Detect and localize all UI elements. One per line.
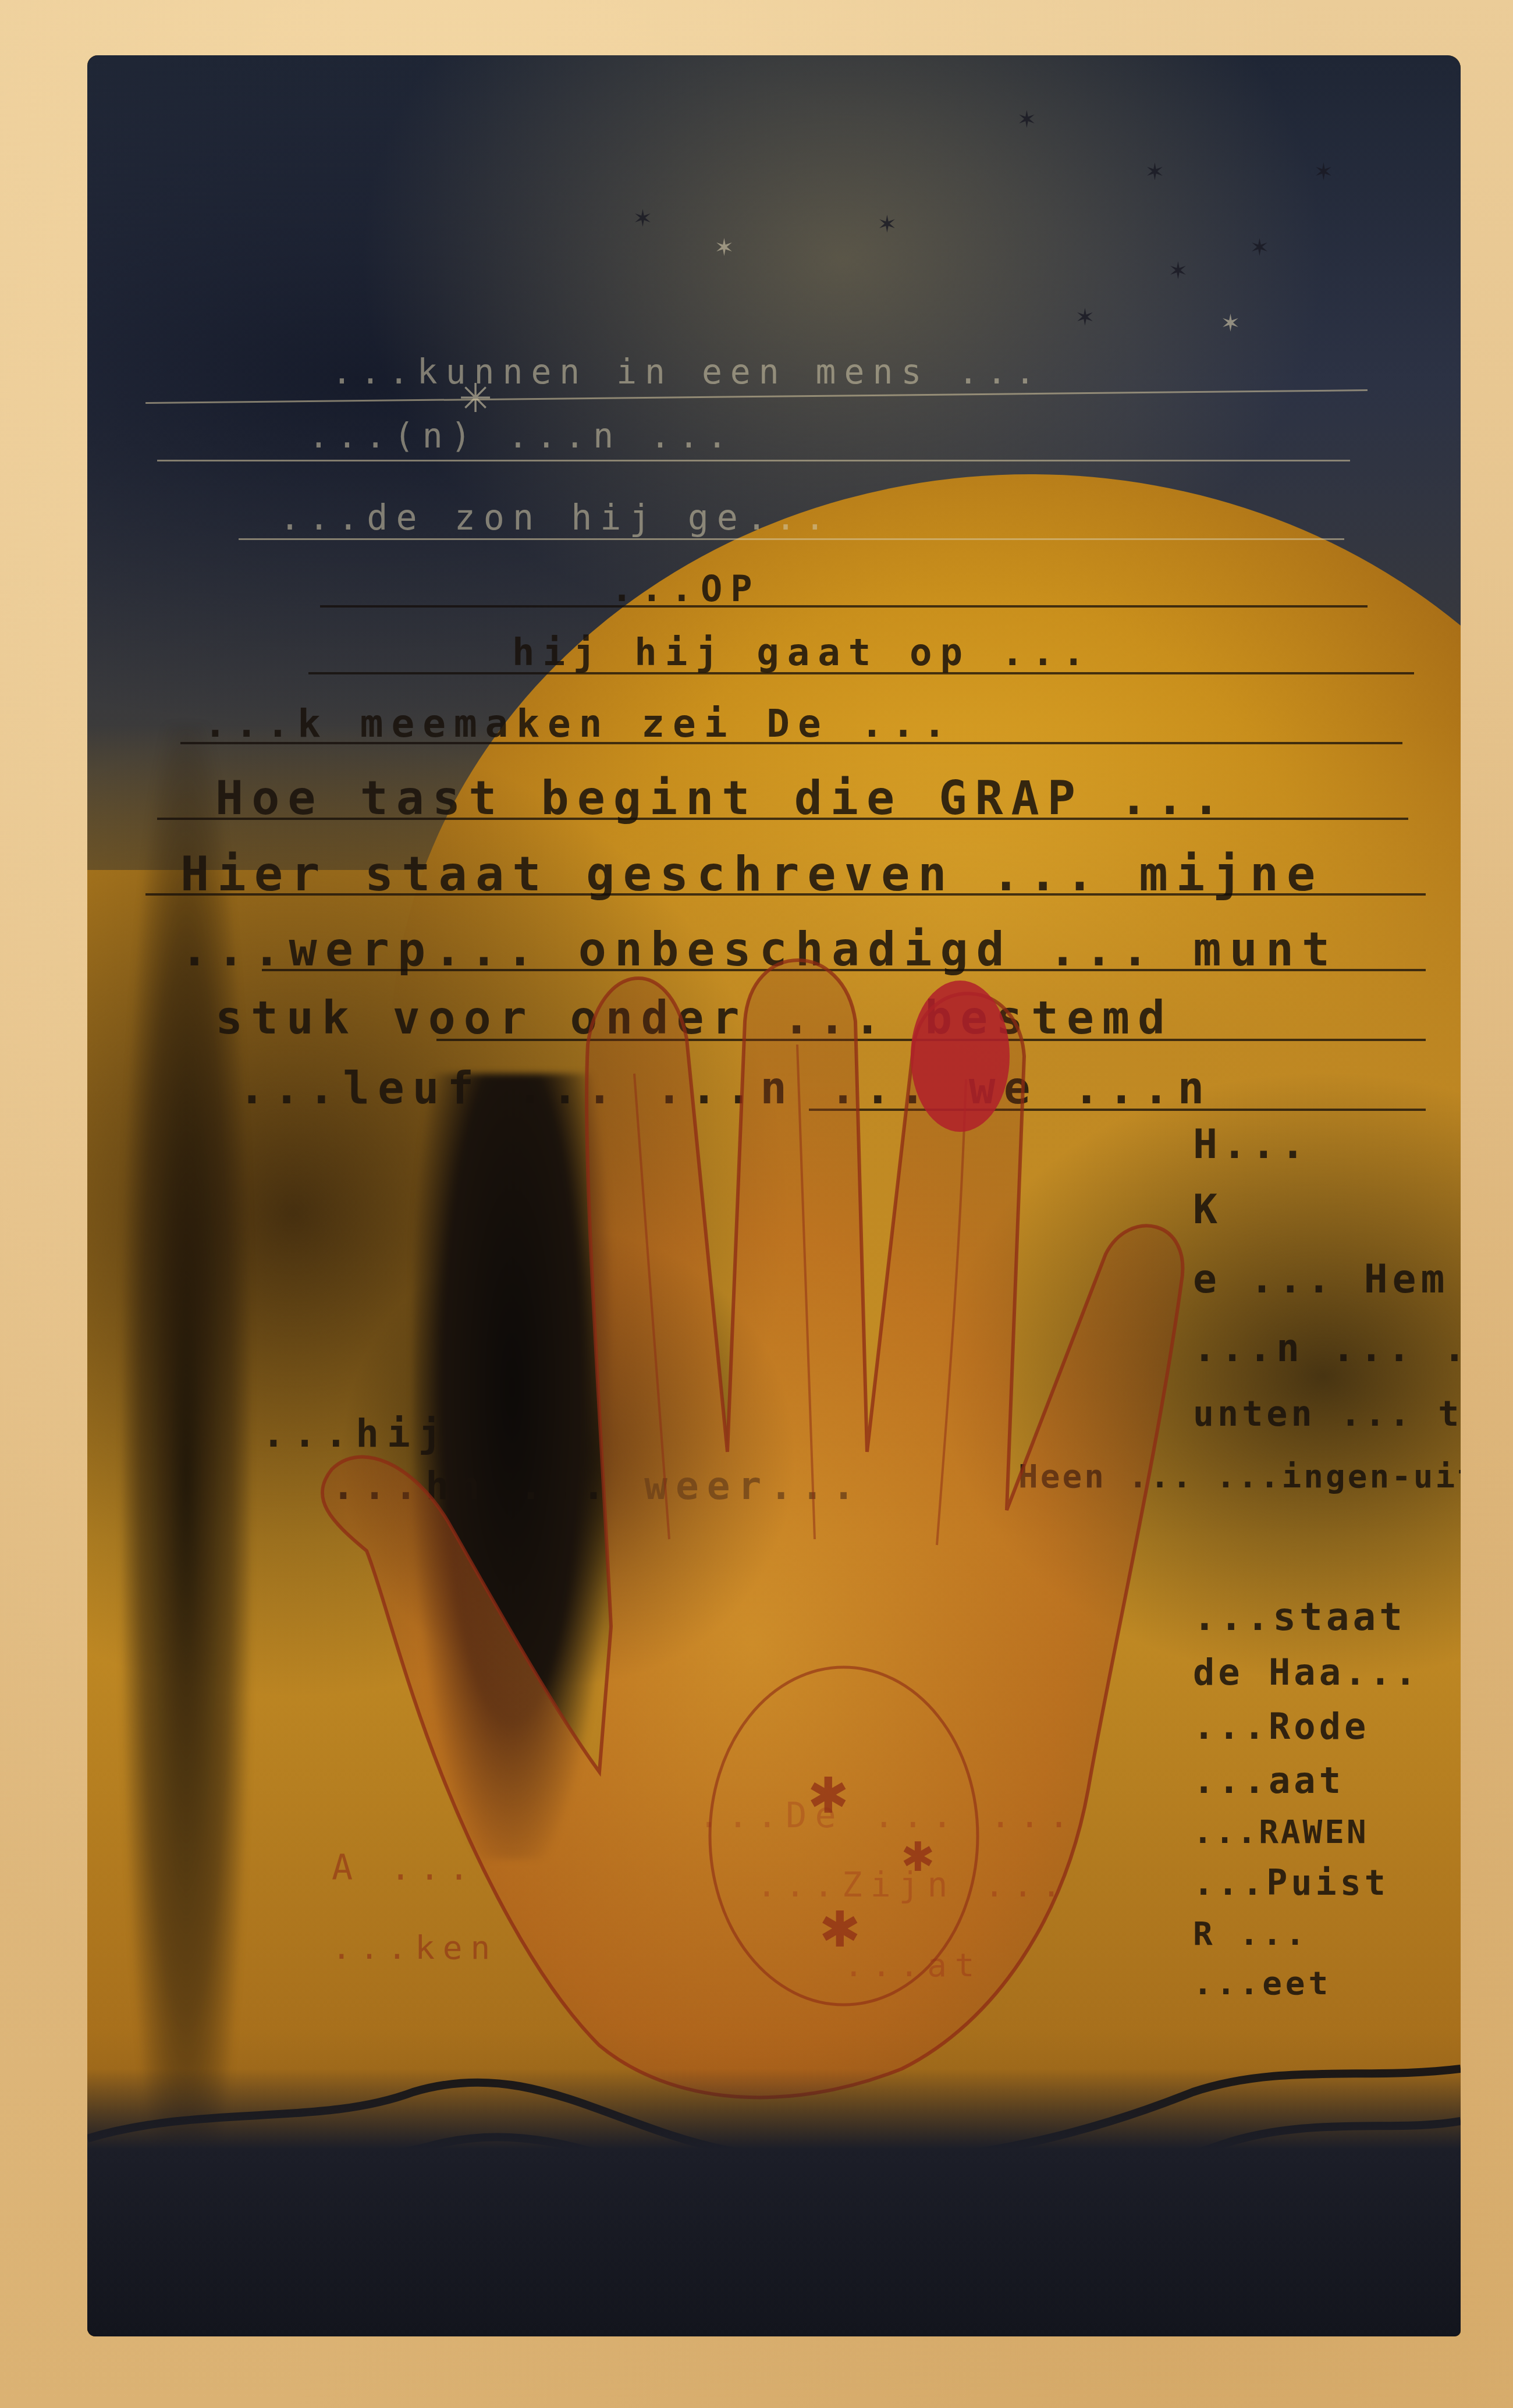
palm-star-icon: ✱	[821, 1887, 859, 1962]
raised-hand-drawing: ✱ ✱ ✱	[87, 55, 1461, 2336]
dark-water	[87, 2069, 1461, 2336]
printed-plate: ✶ ✶ ✶ ✶ ✶ ✶ ✶ ✶ ✶ ✶ ✳ ...kunnen in een m…	[87, 55, 1461, 2336]
palm-star-icon: ✱	[809, 1753, 847, 1828]
hand-outline	[322, 960, 1183, 2097]
palm-star-icon: ✱	[902, 1823, 933, 1884]
red-fingertip	[911, 981, 1010, 1132]
